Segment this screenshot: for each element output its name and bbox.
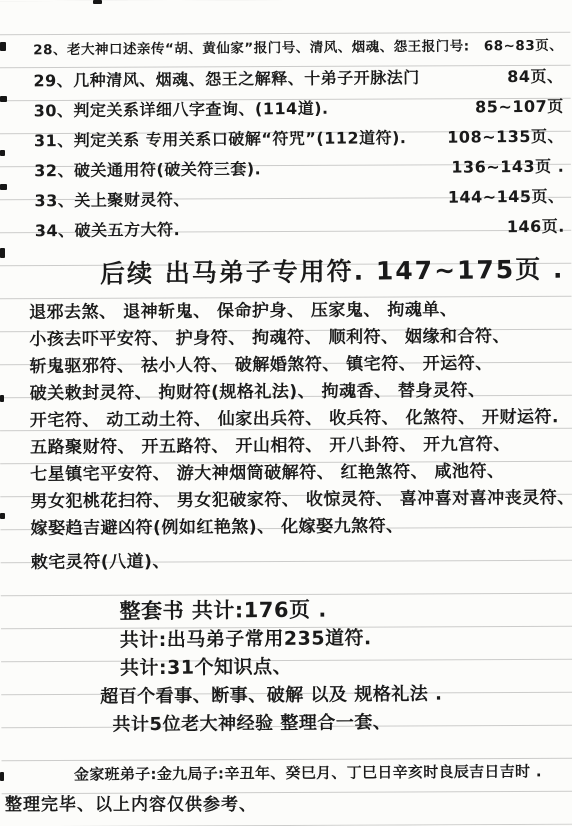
scan-artifact [0, 772, 4, 781]
toc-item-label: 29、几种清风、烟魂、怨王之解释、十弟子开脉法门 [33, 65, 419, 91]
charm-line: 嫁娶趋吉避凶符(例如红艳煞)、 化嫁娶九煞符、 [31, 512, 563, 543]
toc-item-label: 34、破关五方大符. [35, 217, 181, 241]
summary-total-pages: 整套书 共计:176页 . [119, 595, 441, 626]
toc-item-pages: 84页、 [507, 64, 563, 87]
toc-item-pages: 144~145页、 [448, 184, 565, 208]
scan-artifact [0, 395, 4, 402]
toc-item-pages: 108~135页、 [447, 124, 564, 148]
section-header: 后续 出马弟子专用符. 147~175页 . [100, 250, 565, 291]
charm-line: 退邪去煞、 退神斩鬼、 保命护身、 压家鬼、 拘魂单、 [29, 296, 561, 327]
scan-artifact [0, 184, 7, 190]
toc-row-30: 30、判定关系详细八字查询、(114道). 85~107页 [34, 94, 564, 129]
scan-artifact [0, 150, 5, 156]
charm-line: 五路聚财符、 开五路符、 开山相符、 开八卦符、 开九宫符、 [30, 431, 562, 462]
toc-list: 28、老大神口述亲传“胡、黄仙家”报门号、清风、烟魂、怨王报门号: 68~83页… [33, 34, 565, 249]
scan-artifact [0, 248, 5, 258]
toc-row-33: 33、关上聚财灵符、 144~145页、 [34, 184, 564, 219]
summary-total-charms: 共计:出马弟子常用235道符. [120, 623, 442, 654]
summary-compilers: 共计5位老大神经验 整理合一套、 [112, 709, 442, 740]
charm-line: 斩鬼驱邪符、 祛小人符、 破解婚煞符、 镇宅符、 开运符、 [29, 350, 561, 381]
charm-line: 开宅符、 动工动土符、 仙家出兵符、 收兵符、 化煞符、 开财运符. [30, 404, 562, 435]
toc-row-34: 34、破关五方大符. 146页. [35, 214, 565, 249]
scan-artifact [93, 0, 102, 4]
toc-item-label: 31、判定关系 专用关系口破解“符咒”(112道符). [34, 125, 407, 151]
toc-item-pages: 136~143页 . [451, 154, 564, 178]
scan-artifact [0, 96, 7, 102]
toc-item-label: 32、破关通用符(破关符三套). [34, 156, 261, 181]
charm-line: 男女犯桃花扫符、 男女犯破家符、 收惊灵符、 喜冲喜对喜冲丧灵符、 [30, 485, 562, 516]
toc-item-label: 28、老大神口述亲传“胡、黄仙家”报门号、清风、烟魂、怨王报门号: [33, 35, 470, 59]
summary-total-topics: 共计:31个知识点、 [120, 652, 442, 683]
toc-row-31: 31、判定关系 专用关系口破解“符咒”(112道符). 108~135页、 [34, 124, 564, 159]
toc-item-pages: 146页. [507, 214, 565, 238]
summary-extra-content: 超百个看事、断事、破解 以及 规格礼法 . [100, 680, 442, 711]
toc-item-label: 33、关上聚财灵符、 [34, 187, 189, 211]
toc-item-pages: 85~107页 [475, 94, 564, 118]
scan-artifact [0, 513, 5, 519]
toc-item-pages: 68~83页、 [484, 34, 564, 55]
toc-item-label: 30、判定关系详细八字查询、(114道). [34, 96, 329, 122]
toc-row-29: 29、几种清风、烟魂、怨王之解释、十弟子开脉法门 84页、 [33, 64, 563, 99]
footer-signature-line: 金家班弟子:金九局子:辛丑年、癸巳月、丁巳日辛亥时良辰吉日吉时 . [74, 760, 542, 784]
charm-line: 小孩去吓平安符、 护身符、 拘魂符、 顺利符、 姻缘和合符、 [29, 323, 561, 354]
scan-artifact [0, 42, 6, 51]
charm-line: 破关敕封灵符、 拘财符(规格礼法)、 拘魂香、 替身灵符、 [30, 377, 562, 408]
charm-line: 七星镇宅平安符、 游大神烟筒破解符、 红艳煞符、 咸池符、 [30, 458, 562, 489]
summary-block: 整套书 共计:176页 . 共计:出马弟子常用235道符. 共计:31个知识点、… [99, 595, 442, 740]
toc-row-28: 28、老大神口述亲传“胡、黄仙家”报门号、清风、烟魂、怨王报门号: 68~83页… [33, 34, 563, 69]
toc-row-32: 32、破关通用符(破关符三套). 136~143页 . [34, 154, 564, 189]
scanned-handwritten-page: 28、老大神口述亲传“胡、黄仙家”报门号、清风、烟魂、怨王报门号: 68~83页… [0, 0, 572, 826]
footer-disclaimer-line: 整理完毕、以上内容仅供参考、 [5, 790, 257, 815]
charm-line: 敕宅灵符(八道)、 [31, 546, 563, 577]
charm-list: 退邪去煞、 退神斩鬼、 保命护身、 压家鬼、 拘魂单、 小孩去吓平安符、 护身符… [29, 296, 563, 577]
